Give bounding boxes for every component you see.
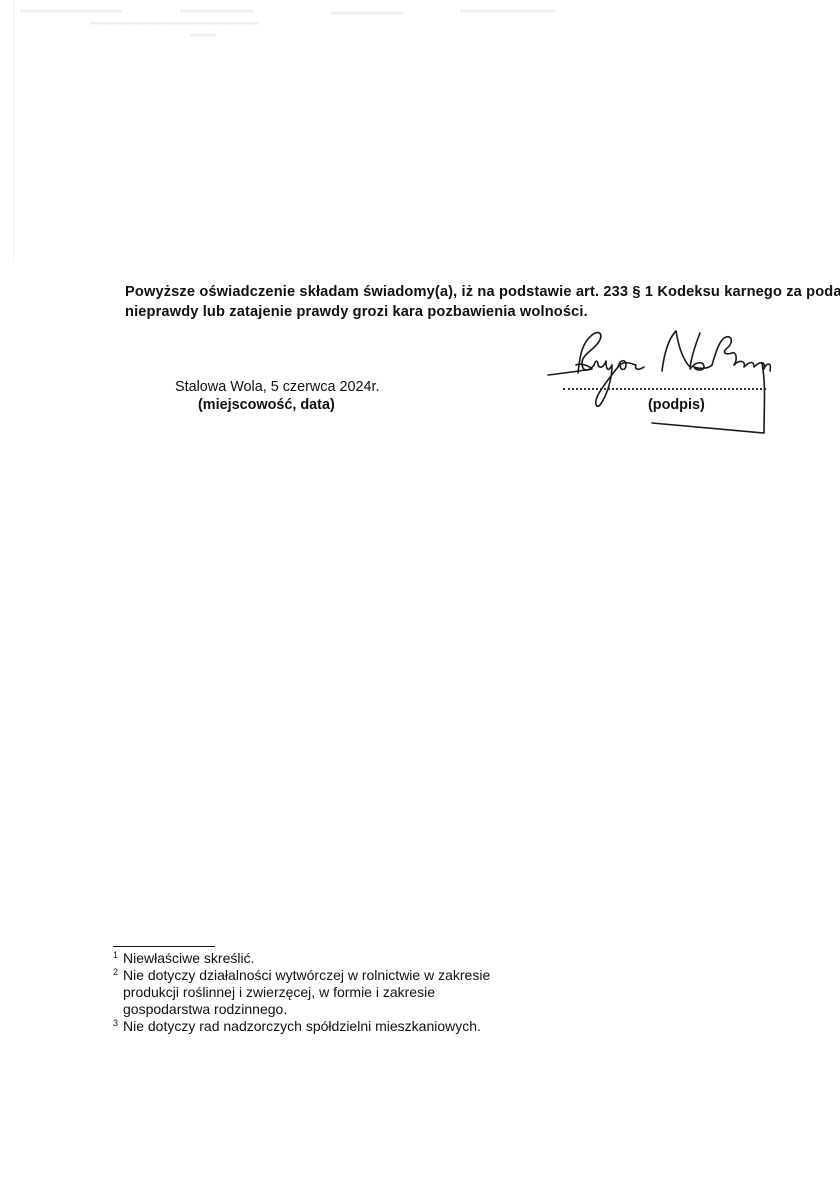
- footnote-marker: 3: [113, 1017, 118, 1029]
- footnote-separator: [113, 946, 215, 947]
- statement-paragraph: Powyższe oświadczenie składam świadomy(a…: [125, 282, 840, 322]
- footnote-text: gospodarstwa rodzinnego.: [123, 1001, 533, 1018]
- footnote-marker: 2: [113, 966, 118, 978]
- footnote-marker: 1: [113, 949, 118, 961]
- footnote-text: Nie dotyczy rad nadzorczych spółdzielni …: [123, 1018, 533, 1035]
- footnote-text: produkcji roślinnej i zwierzęcej, w form…: [123, 984, 533, 1001]
- scan-bleed-through: ▪▪▪▪▪▪▪▪▪▪▪▪▪▪▪▪▪▪▪▪▪▪▪▪▪▪▪▪▪▪▪▪ ▪▪▪▪▪▪▪…: [0, 4, 840, 40]
- statement-line-2: nieprawdy lub zatajenie prawdy grozi kar…: [125, 302, 840, 322]
- footnote-text: Niewłaściwe skreślić.: [123, 950, 533, 967]
- document-page: ▪▪▪▪▪▪▪▪▪▪▪▪▪▪▪▪▪▪▪▪▪▪▪▪▪▪▪▪▪▪▪▪ ▪▪▪▪▪▪▪…: [0, 0, 840, 1187]
- statement-line-1: Powyższe oświadczenie składam świadomy(a…: [125, 282, 840, 302]
- place-date-label: (miejscowość, data): [198, 396, 335, 414]
- footnote-2: 2 Nie dotyczy działalności wytwórczej w …: [113, 967, 533, 1018]
- footnotes: 1 Niewłaściwe skreślić. 2 Nie dotyczy dz…: [113, 950, 533, 1035]
- footnote-3: 3 Nie dotyczy rad nadzorczych spółdzieln…: [113, 1018, 533, 1035]
- place-date-value: Stalowa Wola, 5 czerwca 2024r.: [175, 378, 380, 396]
- footnote-text: Nie dotyczy działalności wytwórczej w ro…: [123, 967, 533, 984]
- footnote-1: 1 Niewłaściwe skreślić.: [113, 950, 533, 967]
- handwritten-signature-icon: [540, 325, 780, 445]
